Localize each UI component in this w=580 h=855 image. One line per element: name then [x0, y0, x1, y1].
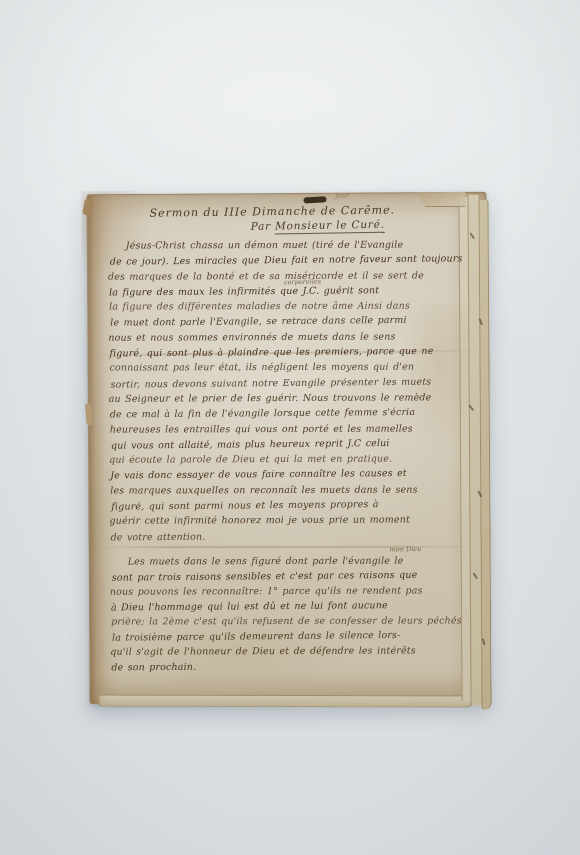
photo-background: jour Sermon du IIIe Dimanche de Carême. …	[0, 0, 580, 855]
handwritten-line: Je vais donc essayer de vous faire conna…	[110, 466, 456, 484]
handwritten-line: de ce mal à la fin de l'évangile lorsque…	[110, 405, 456, 423]
paragraph-1: Jésus-Christ chassa un démon muet (tiré …	[109, 237, 457, 545]
page-edge-strip	[478, 200, 491, 710]
manuscript-page: jour Sermon du IIIe Dimanche de Carême. …	[86, 192, 489, 704]
folded-corner	[417, 192, 465, 207]
underlying-pages-edge	[99, 695, 473, 708]
paragraph-2: Les muets dans le sens figuré dont parle…	[111, 553, 458, 675]
subtitle-prefix: Par	[251, 221, 276, 233]
fold-crease	[94, 546, 480, 549]
spine-edge	[87, 195, 106, 703]
handwritten-line: connaissant pas leur état, ils négligent…	[109, 360, 455, 376]
faint-margin-note: jour	[335, 191, 350, 200]
handwritten-line: de ce jour). Les miracles que Dieu fait …	[110, 252, 456, 271]
handwritten-line: guérir cette infirmité honorez moi je vo…	[109, 513, 455, 530]
ink-smudge	[303, 196, 326, 203]
handwritten-line: de son prochain.	[111, 658, 457, 676]
page-stack-edges	[453, 193, 492, 705]
sermon-title: Sermon du IIIe Dimanche de Carême.	[149, 203, 395, 219]
sermon-subtitle: Par Monsieur le Curé.	[251, 219, 385, 233]
handwritten-line: de votre attention.	[110, 527, 456, 545]
subtitle-underlined: Monsieur le Curé.	[275, 219, 385, 235]
